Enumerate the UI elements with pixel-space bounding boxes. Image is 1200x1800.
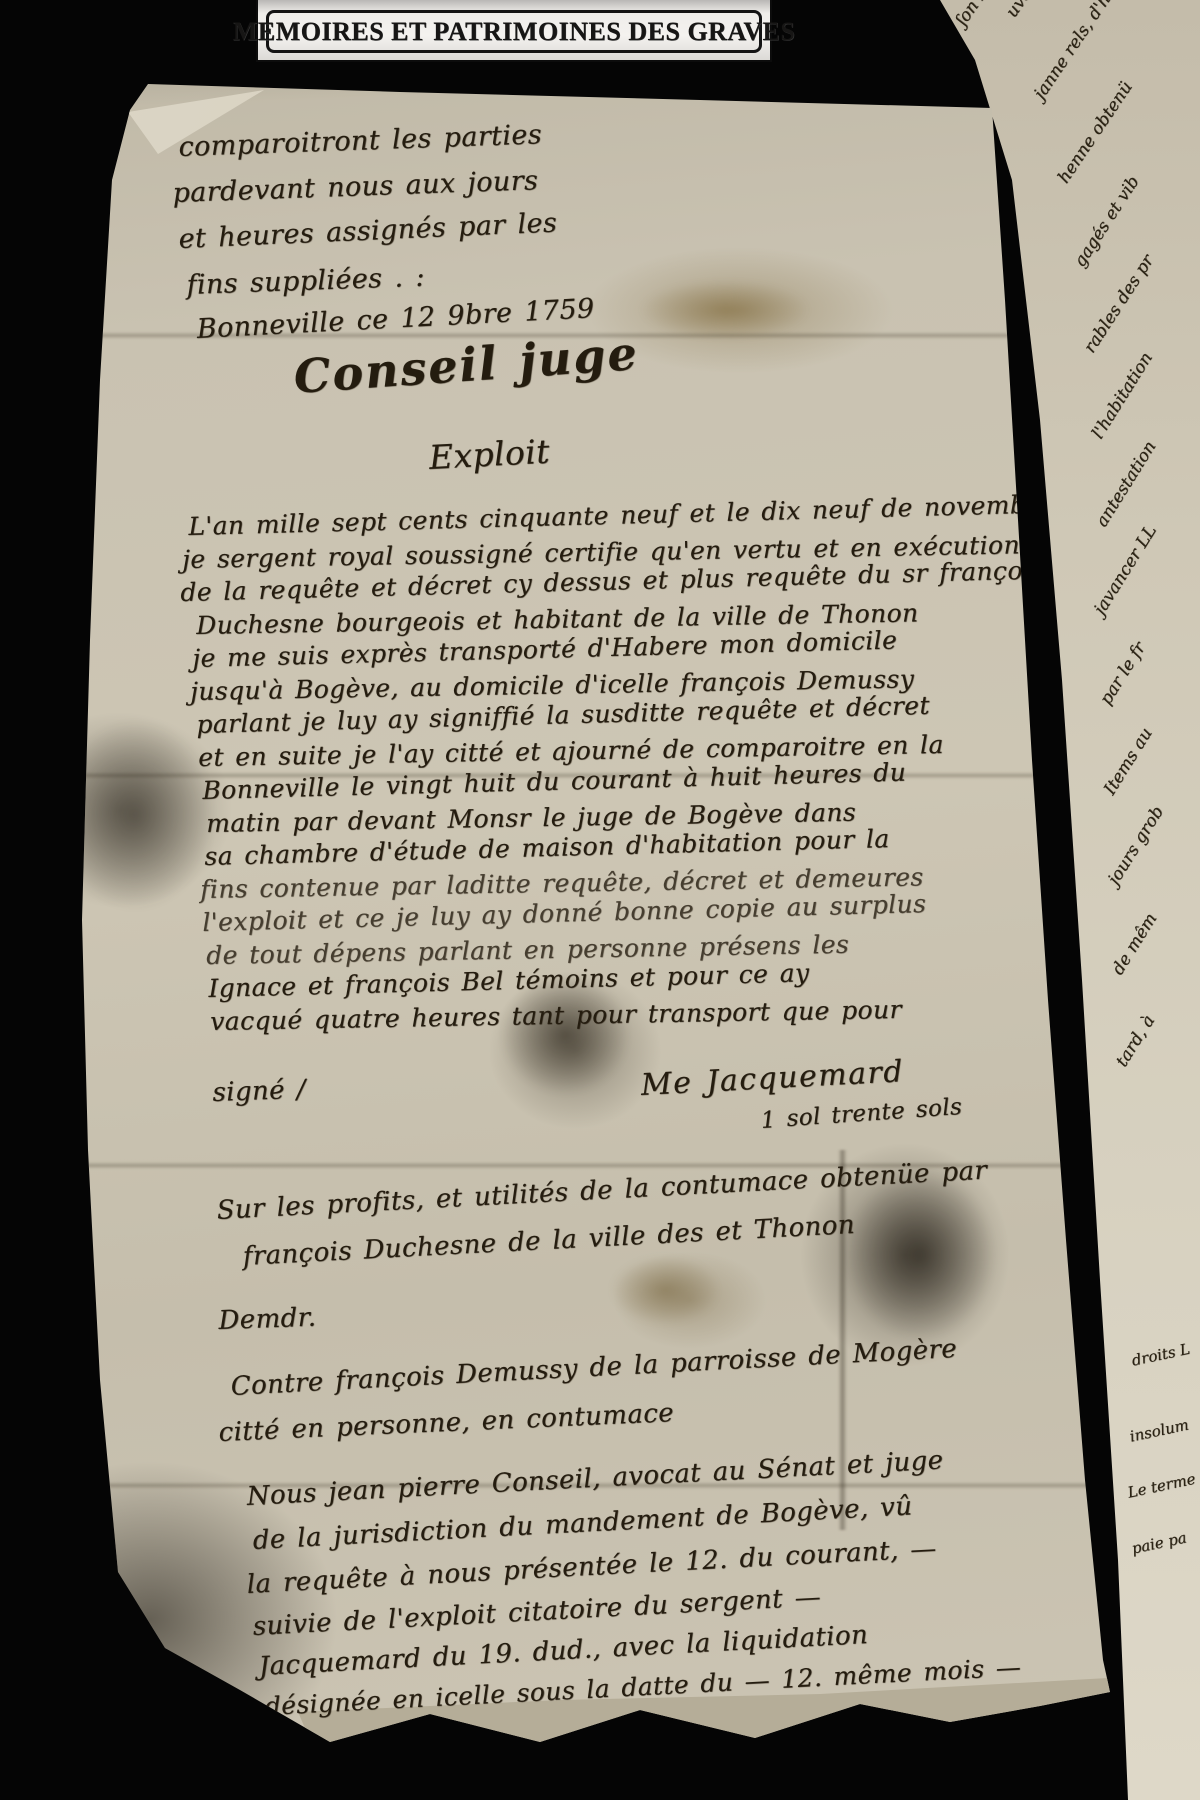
side-text-fragment: Items au bbox=[1100, 724, 1157, 798]
handwritten-line: Contre françois Demussy de la parroisse … bbox=[230, 1334, 958, 1402]
stain bbox=[55, 720, 215, 910]
banner: MEMOIRES ET PATRIMOINES DES GRAVES bbox=[256, 0, 772, 62]
side-text-fragment: jours grob bbox=[1104, 803, 1168, 889]
side-text-fragment: ʃon Du b bbox=[952, 0, 1010, 29]
side-text-fragment: uvalliés on L bbox=[1002, 0, 1081, 21]
handwritten-line: compris bbox=[830, 1727, 941, 1768]
handwritten-line: signé / bbox=[212, 1075, 306, 1108]
side-text-fragment: henne obtenü bbox=[1054, 78, 1137, 187]
section-title: Exploit bbox=[428, 432, 551, 477]
side-text-fragment: Le terme p bbox=[1126, 1467, 1200, 1502]
side-text-fragment: insolum bbox=[1128, 1416, 1190, 1446]
handwritten-line: Demdr. bbox=[218, 1303, 317, 1336]
side-text-fragment: rables des pr bbox=[1080, 251, 1158, 357]
side-text-fragment: antestation bbox=[1092, 438, 1160, 531]
stain bbox=[610, 1255, 720, 1325]
side-text-fragment: de mêm bbox=[1108, 910, 1161, 979]
photograph-of-manuscript: ʃon Du b uvalliés on L janne rels, d'h h… bbox=[0, 0, 1200, 1800]
side-text-fragment: javancer LL bbox=[1090, 522, 1161, 619]
ink-blot bbox=[845, 1170, 995, 1340]
handwritten-line: pardevant nous aux jours bbox=[172, 165, 539, 209]
fee-note: 1 sol trente sols bbox=[760, 1094, 963, 1134]
side-text-fragment: l'habitation bbox=[1088, 349, 1157, 443]
side-text-fragment: paie pa bbox=[1130, 1528, 1188, 1557]
side-text-fragment: gagés et vib bbox=[1070, 173, 1144, 271]
banner-title: MEMOIRES ET PATRIMOINES DES GRAVES bbox=[233, 17, 796, 47]
manuscript-page: comparoitront les parties pardevant nous… bbox=[0, 0, 1200, 1800]
side-text-fragment: janne rels, d'h bbox=[1030, 0, 1115, 103]
stain bbox=[640, 280, 810, 340]
side-text-fragment: droits L bbox=[1130, 1340, 1192, 1370]
handwritten-line: et heures assignés par les bbox=[178, 207, 558, 254]
handwritten-line: vacqué quatre heures tant pour transport… bbox=[210, 995, 902, 1036]
banner-frame: MEMOIRES ET PATRIMOINES DES GRAVES bbox=[266, 10, 762, 53]
handwritten-line: citté en personne, en contumace bbox=[218, 1398, 675, 1448]
handwritten-line: fins suppliées . : bbox=[186, 262, 425, 301]
side-text-fragment: par le fr bbox=[1096, 639, 1150, 709]
sergeant-signature: Me Jacquemard bbox=[640, 1054, 905, 1103]
handwritten-line: comparoitront les parties bbox=[178, 119, 543, 163]
side-text-fragment: tard, à bbox=[1112, 1012, 1159, 1071]
